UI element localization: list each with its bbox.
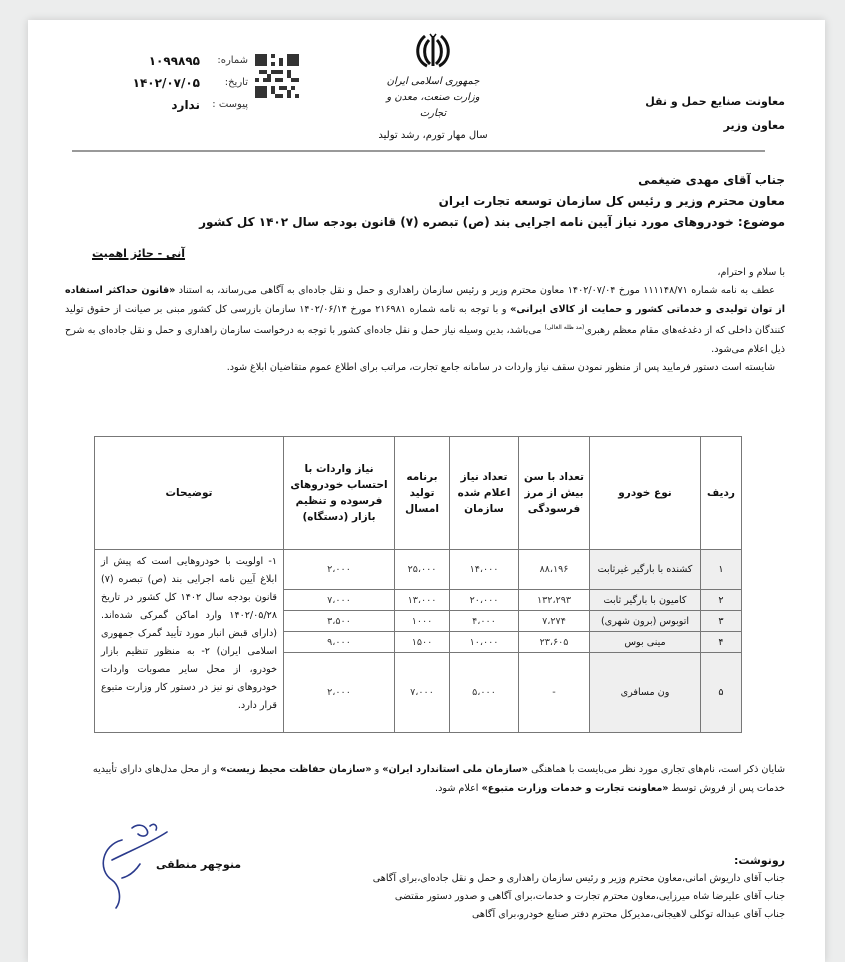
cell-production: ۲۵،۰۰۰ [395,550,450,590]
qr-code-icon [255,54,299,98]
cell-aged-count: ۲۳،۶۰۵ [519,632,590,653]
cell-row-number: ۵ [701,653,742,733]
cell-aged-count: ۱۳۲،۲۹۳ [519,590,590,611]
cell-requested: ۵،۰۰۰ [450,653,519,733]
cell-requested: ۲۰،۰۰۰ [450,590,519,611]
attachment-label: پیوست : [208,94,248,116]
col-header-vehicle-type: نوع خودرو [590,437,701,550]
cell-import-need: ۲،۰۰۰ [284,550,395,590]
col-header-requested: تعداد نیاز اعلام شده سازمان [450,437,519,550]
org-standard: «سازمان ملی استاندارد ایران» [382,764,528,775]
cell-production: ۱۳،۰۰۰ [395,590,450,611]
cell-row-number: ۲ [701,590,742,611]
cell-requested: ۱۴،۰۰۰ [450,550,519,590]
header-divider [72,150,765,152]
cell-import-need: ۳،۵۰۰ [284,611,395,632]
note-text: شایان ذکر است، نام‌های تجاری مورد نظر می… [528,764,785,775]
cell-notes: ۱- اولویت با خودروهایی است که پیش از ابل… [95,550,284,733]
cc-title: رونوشت: [225,852,785,870]
emblem-text-ministry: وزارت صنعت، معدن و تجارت [373,90,493,122]
cell-aged-count: ۷،۲۷۴ [519,611,590,632]
col-header-row-number: ردیف [701,437,742,550]
col-header-import-need: نیاز واردات با احتساب خودروهای فرسوده و … [284,437,395,550]
note-paragraph: شایان ذکر است، نام‌های تجاری مورد نظر می… [65,760,785,798]
table-header-row: ردیف نوع خودرو تعداد با سن بیش از مرز فر… [95,437,742,550]
cc-item: جناب آقای علیرضا شاه میرزایی،معاون محترم… [225,888,785,906]
cell-import-need: ۹،۰۰۰ [284,632,395,653]
cell-requested: ۴،۰۰۰ [450,611,519,632]
urgency-label: آنی - حائز اهمیت [92,247,185,260]
date-value: ۱۴۰۲/۰۷/۰۵ [133,72,200,94]
cell-import-need: ۲،۰۰۰ [284,653,395,733]
cell-vehicle-type: ون مسافری [590,653,701,733]
cell-row-number: ۴ [701,632,742,653]
org-trade-deputy: «معاونت تجارت و خدمات وزارت متبوع» [482,783,669,794]
cell-aged-count: - [519,653,590,733]
cell-aged-count: ۸۸،۱۹۶ [519,550,590,590]
letterhead-emblem: جمهوری اسلامی ایران وزارت صنعت، معدن و ت… [373,30,493,141]
year-slogan: سال مهار تورم، رشد تولید [373,130,493,141]
cell-import-need: ۷،۰۰۰ [284,590,395,611]
emblem-text-country: جمهوری اسلامی ایران [373,74,493,90]
cell-production: ۷،۰۰۰ [395,653,450,733]
cc-item: جناب آقای داریوش امانی،معاون محترم وزیر … [225,870,785,888]
letter-page: معاونت صنایع حمل و نقل معاون وزیر جمهوری… [28,20,825,962]
cell-row-number: ۱ [701,550,742,590]
org-environment: «سازمان حفاظت محیط زیست» [220,764,371,775]
letter-date-row: تاریخ: ۱۴۰۲/۰۷/۰۵ [88,72,248,94]
vehicle-import-table: ردیف نوع خودرو تعداد با سن بیش از مرز فر… [94,436,742,733]
office-title: معاون وزیر [635,114,785,138]
attachment-value: ندارد [171,94,200,116]
note-text: اعلام شود. [435,783,481,794]
cc-item: جناب آقای عبداله توکلی لاهیجانی،مدیرکل م… [225,906,785,924]
date-label: تاریخ: [208,72,248,94]
cc-block: رونوشت: جناب آقای داریوش امانی،معاون محت… [225,852,785,924]
number-value: ۱۰۹۹۸۹۵ [149,50,200,72]
note-text: و [372,764,383,775]
department-name: معاونت صنایع حمل و نقل [635,90,785,114]
attachment-row: پیوست : ندارد [88,94,248,116]
subject-line: موضوع: خودروهای مورد نیاز آیین نامه اجرا… [85,212,785,233]
address-block: جناب آقای مهدی ضیغمی معاون محترم وزیر و … [85,170,785,233]
iran-emblem-icon [413,30,453,70]
letter-body: با سلام و احترام، عطف به نامه شماره ۱۱۱۱… [65,264,785,378]
body-text: عطف به نامه شماره ۱۱۱۱۴۸/۷۱ مورخ ۱۴۰۲/۰۷… [175,285,775,296]
body-paragraph-1: عطف به نامه شماره ۱۱۱۱۴۸/۷۱ مورخ ۱۴۰۲/۰۷… [65,282,785,359]
closing-note: شایان ذکر است، نام‌های تجاری مورد نظر می… [65,760,785,798]
col-header-notes: توضیحات [95,437,284,550]
honorific: (مد ظله العالی) [544,324,584,331]
cell-vehicle-type: کشنده با بارگیر غیرثابت [590,550,701,590]
letter-number-row: شماره: ۱۰۹۹۸۹۵ [88,50,248,72]
cell-production: ۱۵۰۰ [395,632,450,653]
greeting: با سلام و احترام، [65,264,785,282]
body-paragraph-2: شایسته است دستور فرمایید پس از منظور نمو… [65,359,785,377]
sender-department: معاونت صنایع حمل و نقل معاون وزیر [635,90,785,138]
cell-vehicle-type: کامیون با بارگیر ثابت [590,590,701,611]
col-header-production: برنامه تولید امسال [395,437,450,550]
cell-vehicle-type: مینی بوس [590,632,701,653]
recipient-title: معاون محترم وزیر و رئیس کل سازمان توسعه … [85,191,785,212]
cell-production: ۱۰۰۰ [395,611,450,632]
cell-row-number: ۳ [701,611,742,632]
cell-requested: ۱۰،۰۰۰ [450,632,519,653]
table-row: ۱ کشنده با بارگیر غیرثابت ۸۸،۱۹۶ ۱۴،۰۰۰ … [95,550,742,590]
recipient-name: جناب آقای مهدی ضیغمی [85,170,785,191]
number-label: شماره: [208,50,248,72]
cell-vehicle-type: اتوبوس (برون شهری) [590,611,701,632]
col-header-aged-count: تعداد با سن بیش از مرز فرسودگی [519,437,590,550]
letter-metadata: شماره: ۱۰۹۹۸۹۵ تاریخ: ۱۴۰۲/۰۷/۰۵ پیوست :… [88,50,248,116]
